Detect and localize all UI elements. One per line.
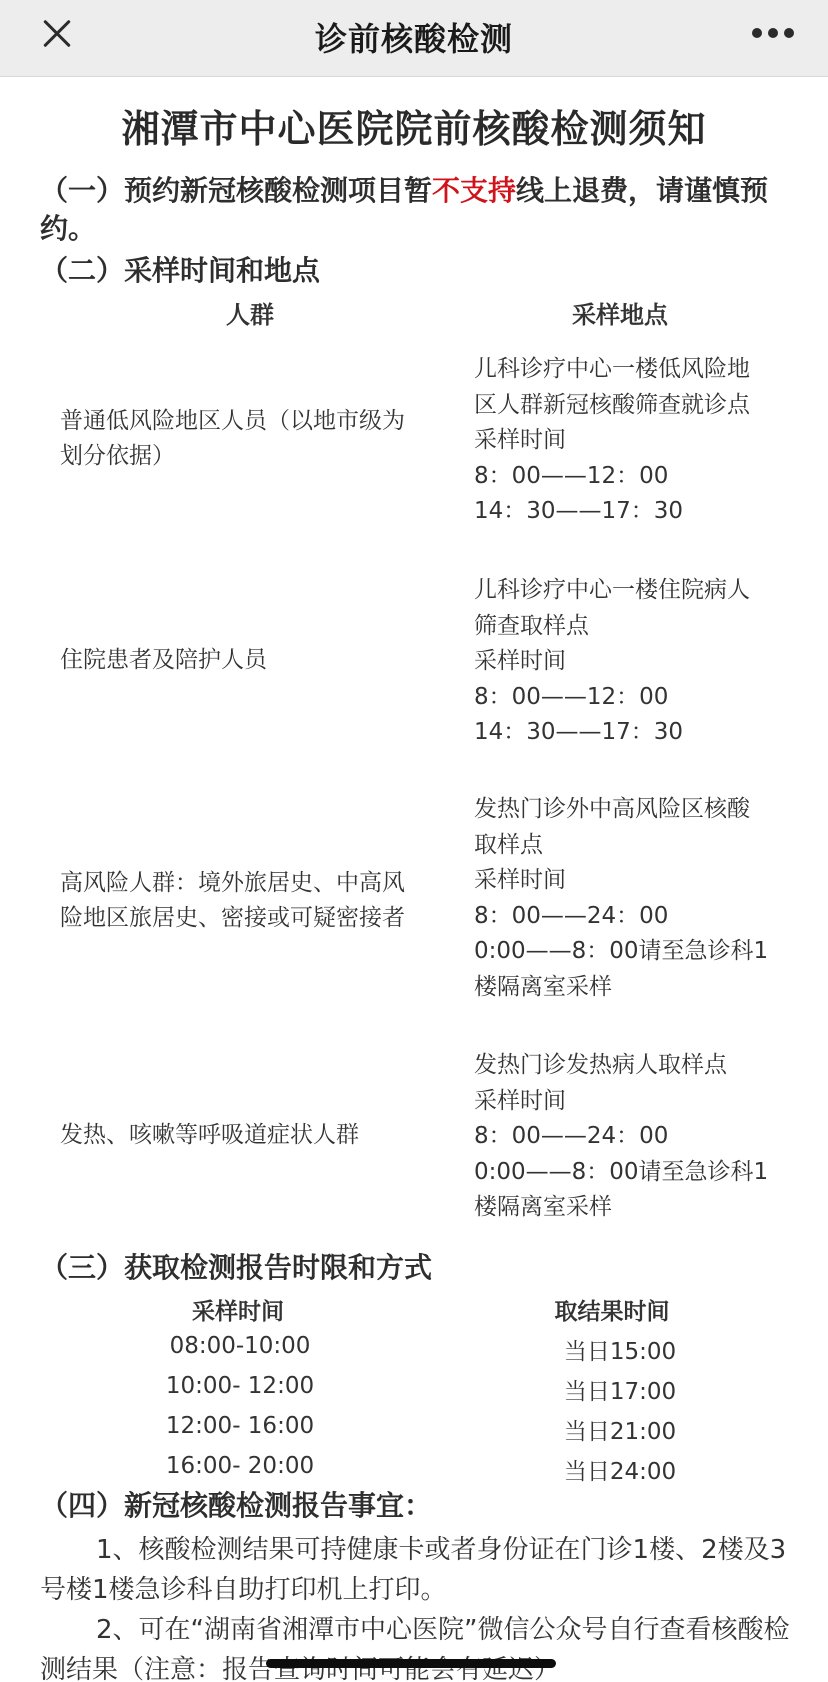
sample-time: 12:00- 16:00: [120, 1413, 360, 1439]
result-time: 当日17:00: [500, 1373, 740, 1406]
top-navbar: 诊前核酸检测: [0, 0, 828, 77]
group-cell: 高风险人群：境外旅居史、中高风 险地区旅居史、密接或可疑密接者: [60, 866, 430, 936]
section1-highlight: 不支持: [432, 174, 516, 207]
section1-suffix: 线上退费，请谨慎预: [516, 174, 768, 207]
column-header-group: 人群: [150, 295, 350, 330]
section1-line2: 约。: [40, 210, 96, 248]
group-cell: 普通低风险地区人员（以地市级为 划分依据）: [60, 404, 430, 474]
sample-time: 16:00- 20:00: [120, 1453, 360, 1479]
group-line: 险地区旅居史、密接或可疑密接者: [60, 901, 430, 936]
section1-prefix: （一）预约新冠核酸检测项目暂: [40, 174, 432, 207]
place-line: 8：00——24：00: [474, 1119, 774, 1155]
place-cell: 发热门诊外中高风险区核酸 取样点 采样时间 8：00——24：00 0:00——…: [474, 792, 774, 1005]
section2-heading: （二）采样时间和地点: [40, 252, 320, 290]
group-line: 普通低风险地区人员（以地市级为: [60, 404, 430, 439]
column-header-sample-time: 采样时间: [138, 1293, 338, 1326]
sample-time: 08:00-10:00: [120, 1333, 360, 1359]
place-line: 8：00——12：00: [474, 680, 774, 716]
group-line: 发热、咳嗽等呼吸道症状人群: [60, 1118, 430, 1153]
place-line: 8：00——24：00: [474, 899, 774, 935]
place-line: 筛查取样点: [474, 609, 774, 645]
section1-text: （一）预约新冠核酸检测项目暂不支持线上退费，请谨慎预: [40, 172, 800, 210]
group-cell: 发热、咳嗽等呼吸道症状人群: [60, 1118, 430, 1153]
dot: [784, 28, 794, 38]
column-header-place: 采样地点: [520, 295, 720, 330]
place-line: 儿科诊疗中心一楼住院病人: [474, 573, 774, 609]
place-line: 0:00——8：00请至急诊科1: [474, 934, 774, 970]
group-line: 高风险人群：境外旅居史、中高风: [60, 866, 430, 901]
place-line: 发热门诊发热病人取样点: [474, 1048, 774, 1084]
place-line: 楼隔离室采样: [474, 970, 774, 1006]
place-line: 14：30——17：30: [474, 494, 774, 530]
dot: [752, 28, 762, 38]
group-line: 住院患者及陪护人员: [60, 643, 430, 678]
report-item-2: 2、可在“湖南省湘潭市中心医院”微信公众号自行查看核酸检测结果（注意：报告查询时…: [40, 1610, 790, 1682]
sample-time: 10:00- 12:00: [120, 1373, 360, 1399]
place-line: 采样时间: [474, 863, 774, 899]
group-line: 划分依据）: [60, 439, 430, 474]
document-title: 湘潭市中心医院院前核酸检测须知: [0, 98, 828, 153]
redaction-scribble: [266, 1659, 556, 1668]
place-line: 采样时间: [474, 423, 774, 459]
result-time: 当日21:00: [500, 1413, 740, 1446]
section3-heading: （三）获取检测报告时限和方式: [40, 1249, 432, 1287]
place-line: 楼隔离室采样: [474, 1190, 774, 1226]
place-line: 采样时间: [474, 1084, 774, 1120]
place-line: 8：00——12：00: [474, 459, 774, 495]
nav-title: 诊前核酸检测: [0, 14, 828, 60]
place-line: 14：30——17：30: [474, 715, 774, 751]
column-header-result-time: 取结果时间: [512, 1293, 712, 1326]
place-cell: 儿科诊疗中心一楼低风险地 区人群新冠核酸筛查就诊点 采样时间 8：00——12：…: [474, 352, 774, 530]
dot: [768, 28, 778, 38]
result-time: 当日24:00: [500, 1453, 740, 1486]
section4-heading: （四）新冠核酸检测报告事宜：: [40, 1487, 432, 1525]
result-time: 当日15:00: [500, 1333, 740, 1366]
place-line: 区人群新冠核酸筛查就诊点: [474, 388, 774, 424]
place-line: 采样时间: [474, 644, 774, 680]
place-line: 发热门诊外中高风险区核酸: [474, 792, 774, 828]
place-line: 取样点: [474, 828, 774, 864]
report-item-1: 1、核酸检测结果可持健康卡或者身份证在门诊1楼、2楼及3号楼1楼急诊科自助打印机…: [40, 1530, 790, 1610]
place-line: 儿科诊疗中心一楼低风险地: [474, 352, 774, 388]
more-options-icon[interactable]: [752, 28, 794, 40]
group-cell: 住院患者及陪护人员: [60, 643, 430, 678]
place-line: 0:00——8：00请至急诊科1: [474, 1155, 774, 1191]
place-cell: 儿科诊疗中心一楼住院病人 筛查取样点 采样时间 8：00——12：00 14：3…: [474, 573, 774, 751]
place-cell: 发热门诊发热病人取样点 采样时间 8：00——24：00 0:00——8：00请…: [474, 1048, 774, 1226]
